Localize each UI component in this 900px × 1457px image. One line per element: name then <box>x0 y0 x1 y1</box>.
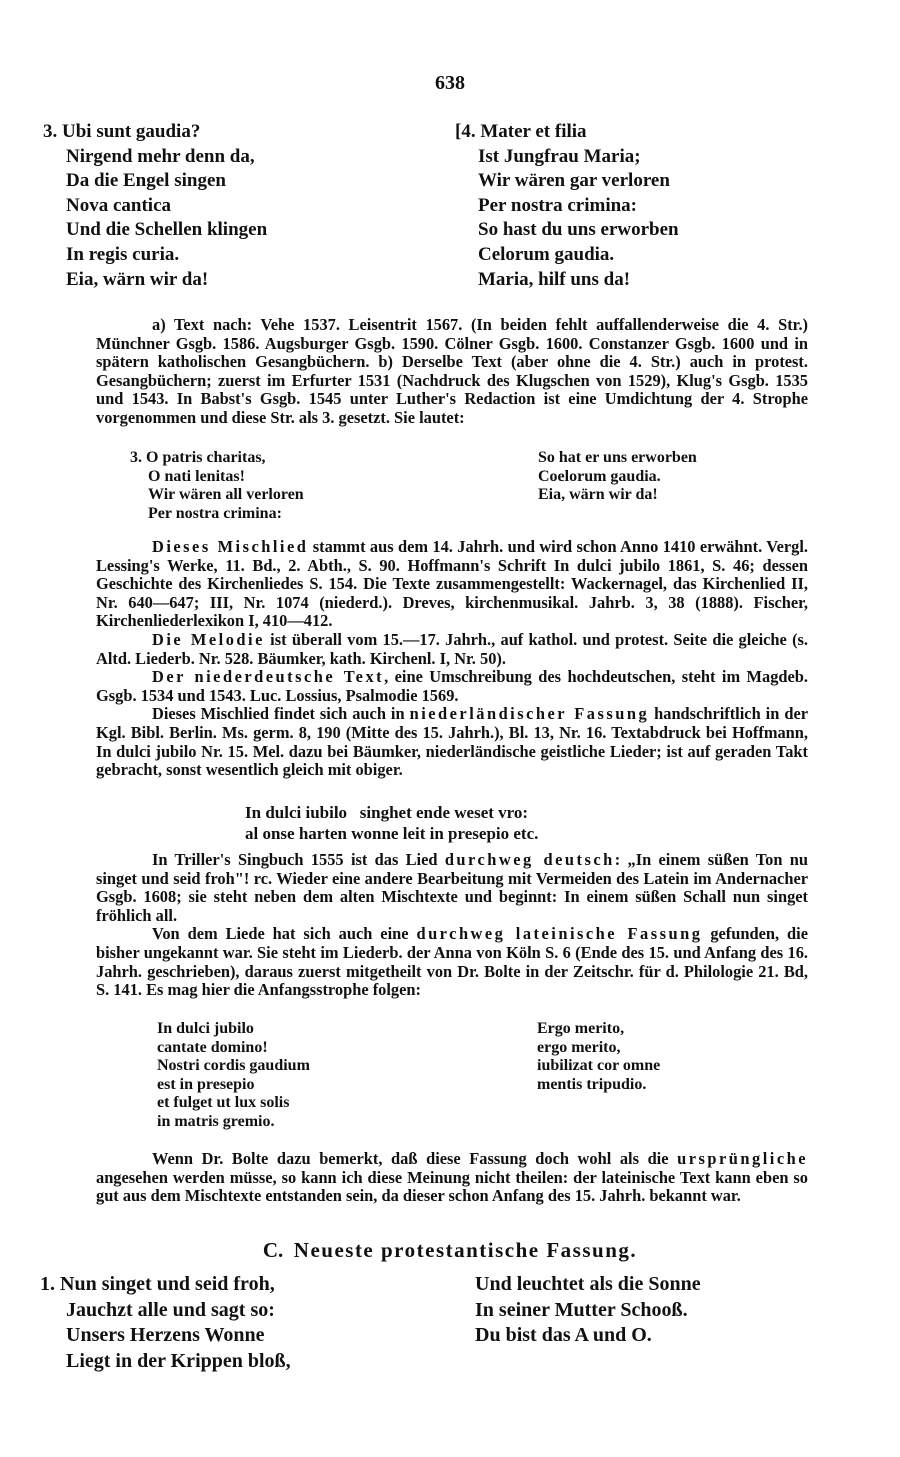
verse-line: Wir wären all verloren <box>130 486 304 505</box>
verse-line: Maria, hilf uns da! <box>455 268 679 293</box>
verse-line: 3. Ubi sunt gaudia? <box>43 120 267 145</box>
section-heading: C. Neueste protestantische Fassung. <box>0 1238 900 1263</box>
paragraph-latin: Von dem Liede hat sich auch eine durchwe… <box>96 925 808 999</box>
verse-line: Nirgend mehr denn da, <box>43 145 267 170</box>
verse-line: iubilizat cor omne <box>537 1057 660 1076</box>
spaced-term: niederländischer Fassung <box>410 704 650 723</box>
commentary: Dieses Mischlied stammt aus dem 14. Jahr… <box>96 538 808 780</box>
verse-line: est in presepio <box>157 1076 310 1095</box>
spaced-term: durchweg lateinische Fassung <box>416 924 702 943</box>
verse-line: Unsers Herzens Wonne <box>40 1323 291 1349</box>
verse-line: In regis curia. <box>43 243 267 268</box>
spaced-lead: Die Melodie <box>152 630 265 649</box>
spaced-lead: Der niederdeutsche Text <box>152 667 384 686</box>
paragraph-triller: In Triller's Singbuch 1555 ist das Lied … <box>96 851 808 925</box>
paragraph-text: Wenn Dr. Bolte dazu bemerkt, daß diese F… <box>152 1149 677 1168</box>
latin-verse-left: In dulci jubilo cantate domino! Nostri c… <box>157 1020 310 1132</box>
verse-c1-left: 1. Nun singet und seid froh, Jauchzt all… <box>40 1272 291 1374</box>
paragraph-low-german: Der niederdeutsche Text, eine Umschreibu… <box>96 668 808 705</box>
verse-line: Celorum gaudia. <box>455 243 679 268</box>
verse-line: In seiner Mutter Schooß. <box>475 1298 701 1324</box>
source-note: a) Text nach: Vehe 1537. Leisentrit 1567… <box>96 316 808 428</box>
verse-line: Per nostra crimina: <box>455 194 679 219</box>
verse-4: [4. Mater et filia Ist Jungfrau Maria; W… <box>455 120 679 292</box>
verse-line: Du bist das A und O. <box>475 1323 701 1349</box>
quote-line: In dulci iubilo singhet ende weset vro: <box>245 802 538 823</box>
verse-line: Und leuchtet als die Sonne <box>475 1272 701 1298</box>
verse-line: Per nostra crimina: <box>130 505 304 524</box>
luther-verse-left: 3. O patris charitas, O nati lenitas! Wi… <box>130 449 304 523</box>
spaced-term: durchweg deutsch <box>445 850 615 869</box>
commentary-2: In Triller's Singbuch 1555 ist das Lied … <box>96 851 808 1000</box>
verse-line: In dulci jubilo <box>157 1020 310 1039</box>
verse-line: 3. O patris charitas, <box>130 449 304 468</box>
latin-verse-right: Ergo merito, ergo merito, iubilizat cor … <box>537 1020 660 1094</box>
verse-line: Wir wären gar verloren <box>455 169 679 194</box>
verse-line: Ergo merito, <box>537 1020 660 1039</box>
spaced-term: ursprüngliche <box>677 1149 808 1168</box>
commentary-3: Wenn Dr. Bolte dazu bemerkt, daß diese F… <box>96 1150 808 1206</box>
verse-line: Coelorum gaudia. <box>538 468 697 487</box>
paragraph-text: In Triller's Singbuch 1555 ist das Lied <box>152 850 445 869</box>
verse-line: [4. Mater et filia <box>455 120 679 145</box>
luther-verse-right: So hat er uns erworben Coelorum gaudia. … <box>538 449 697 505</box>
paragraph-text: Dieses Mischlied findet sich auch in <box>152 704 410 723</box>
verse-line: 1. Nun singet und seid froh, <box>40 1272 291 1298</box>
verse-line: So hat er uns erworben <box>538 449 697 468</box>
verse-line: mentis tripudio. <box>537 1076 660 1095</box>
paragraph-dutch: Dieses Mischlied findet sich auch in nie… <box>96 705 808 779</box>
verse-line: O nati lenitas! <box>130 468 304 487</box>
paragraph-melody: Die Melodie ist überall vom 15.—17. Jahr… <box>96 631 808 668</box>
verse-line: Nostri cordis gaudium <box>157 1057 310 1076</box>
verse-line: Eia, wärn wir da! <box>43 268 267 293</box>
paragraph-text: Von dem Liede hat sich auch eine <box>152 924 416 943</box>
verse-line: ergo merito, <box>537 1039 660 1058</box>
spaced-lead: Dieses Mischlied <box>152 537 308 556</box>
verse-c1-right: Und leuchtet als die Sonne In seiner Mut… <box>475 1272 701 1349</box>
note-a-paragraph: a) Text nach: Vehe 1537. Leisentrit 1567… <box>96 316 808 428</box>
verse-line: Ist Jungfrau Maria; <box>455 145 679 170</box>
section-letter: C. <box>263 1238 283 1262</box>
verse-line: in matris gremio. <box>157 1113 310 1132</box>
verse-line: Und die Schellen klingen <box>43 218 267 243</box>
page-number: 638 <box>0 72 900 95</box>
verse-line: cantate domino! <box>157 1039 310 1058</box>
verse-3: 3. Ubi sunt gaudia? Nirgend mehr denn da… <box>43 120 267 292</box>
verse-line: Da die Engel singen <box>43 169 267 194</box>
section-title: Neueste protestantische Fassung. <box>294 1238 637 1262</box>
paragraph-text: angesehen werden müsse, so kann ich dies… <box>96 1168 808 1206</box>
paragraph-origin: Dieses Mischlied stammt aus dem 14. Jahr… <box>96 538 808 631</box>
verse-line: Liegt in der Krippen bloß, <box>40 1349 291 1375</box>
verse-line: Nova cantica <box>43 194 267 219</box>
verse-line: Eia, wärn wir da! <box>538 486 697 505</box>
verse-line: So hast du uns erworben <box>455 218 679 243</box>
paragraph-bolte: Wenn Dr. Bolte dazu bemerkt, daß diese F… <box>96 1150 808 1206</box>
verse-line: et fulget ut lux solis <box>157 1094 310 1113</box>
verse-line: Jauchzt alle und sagt so: <box>40 1298 291 1324</box>
quote-line: al onse harten wonne leit in presepio et… <box>245 823 538 844</box>
dutch-quote: In dulci iubilo singhet ende weset vro: … <box>245 802 538 844</box>
